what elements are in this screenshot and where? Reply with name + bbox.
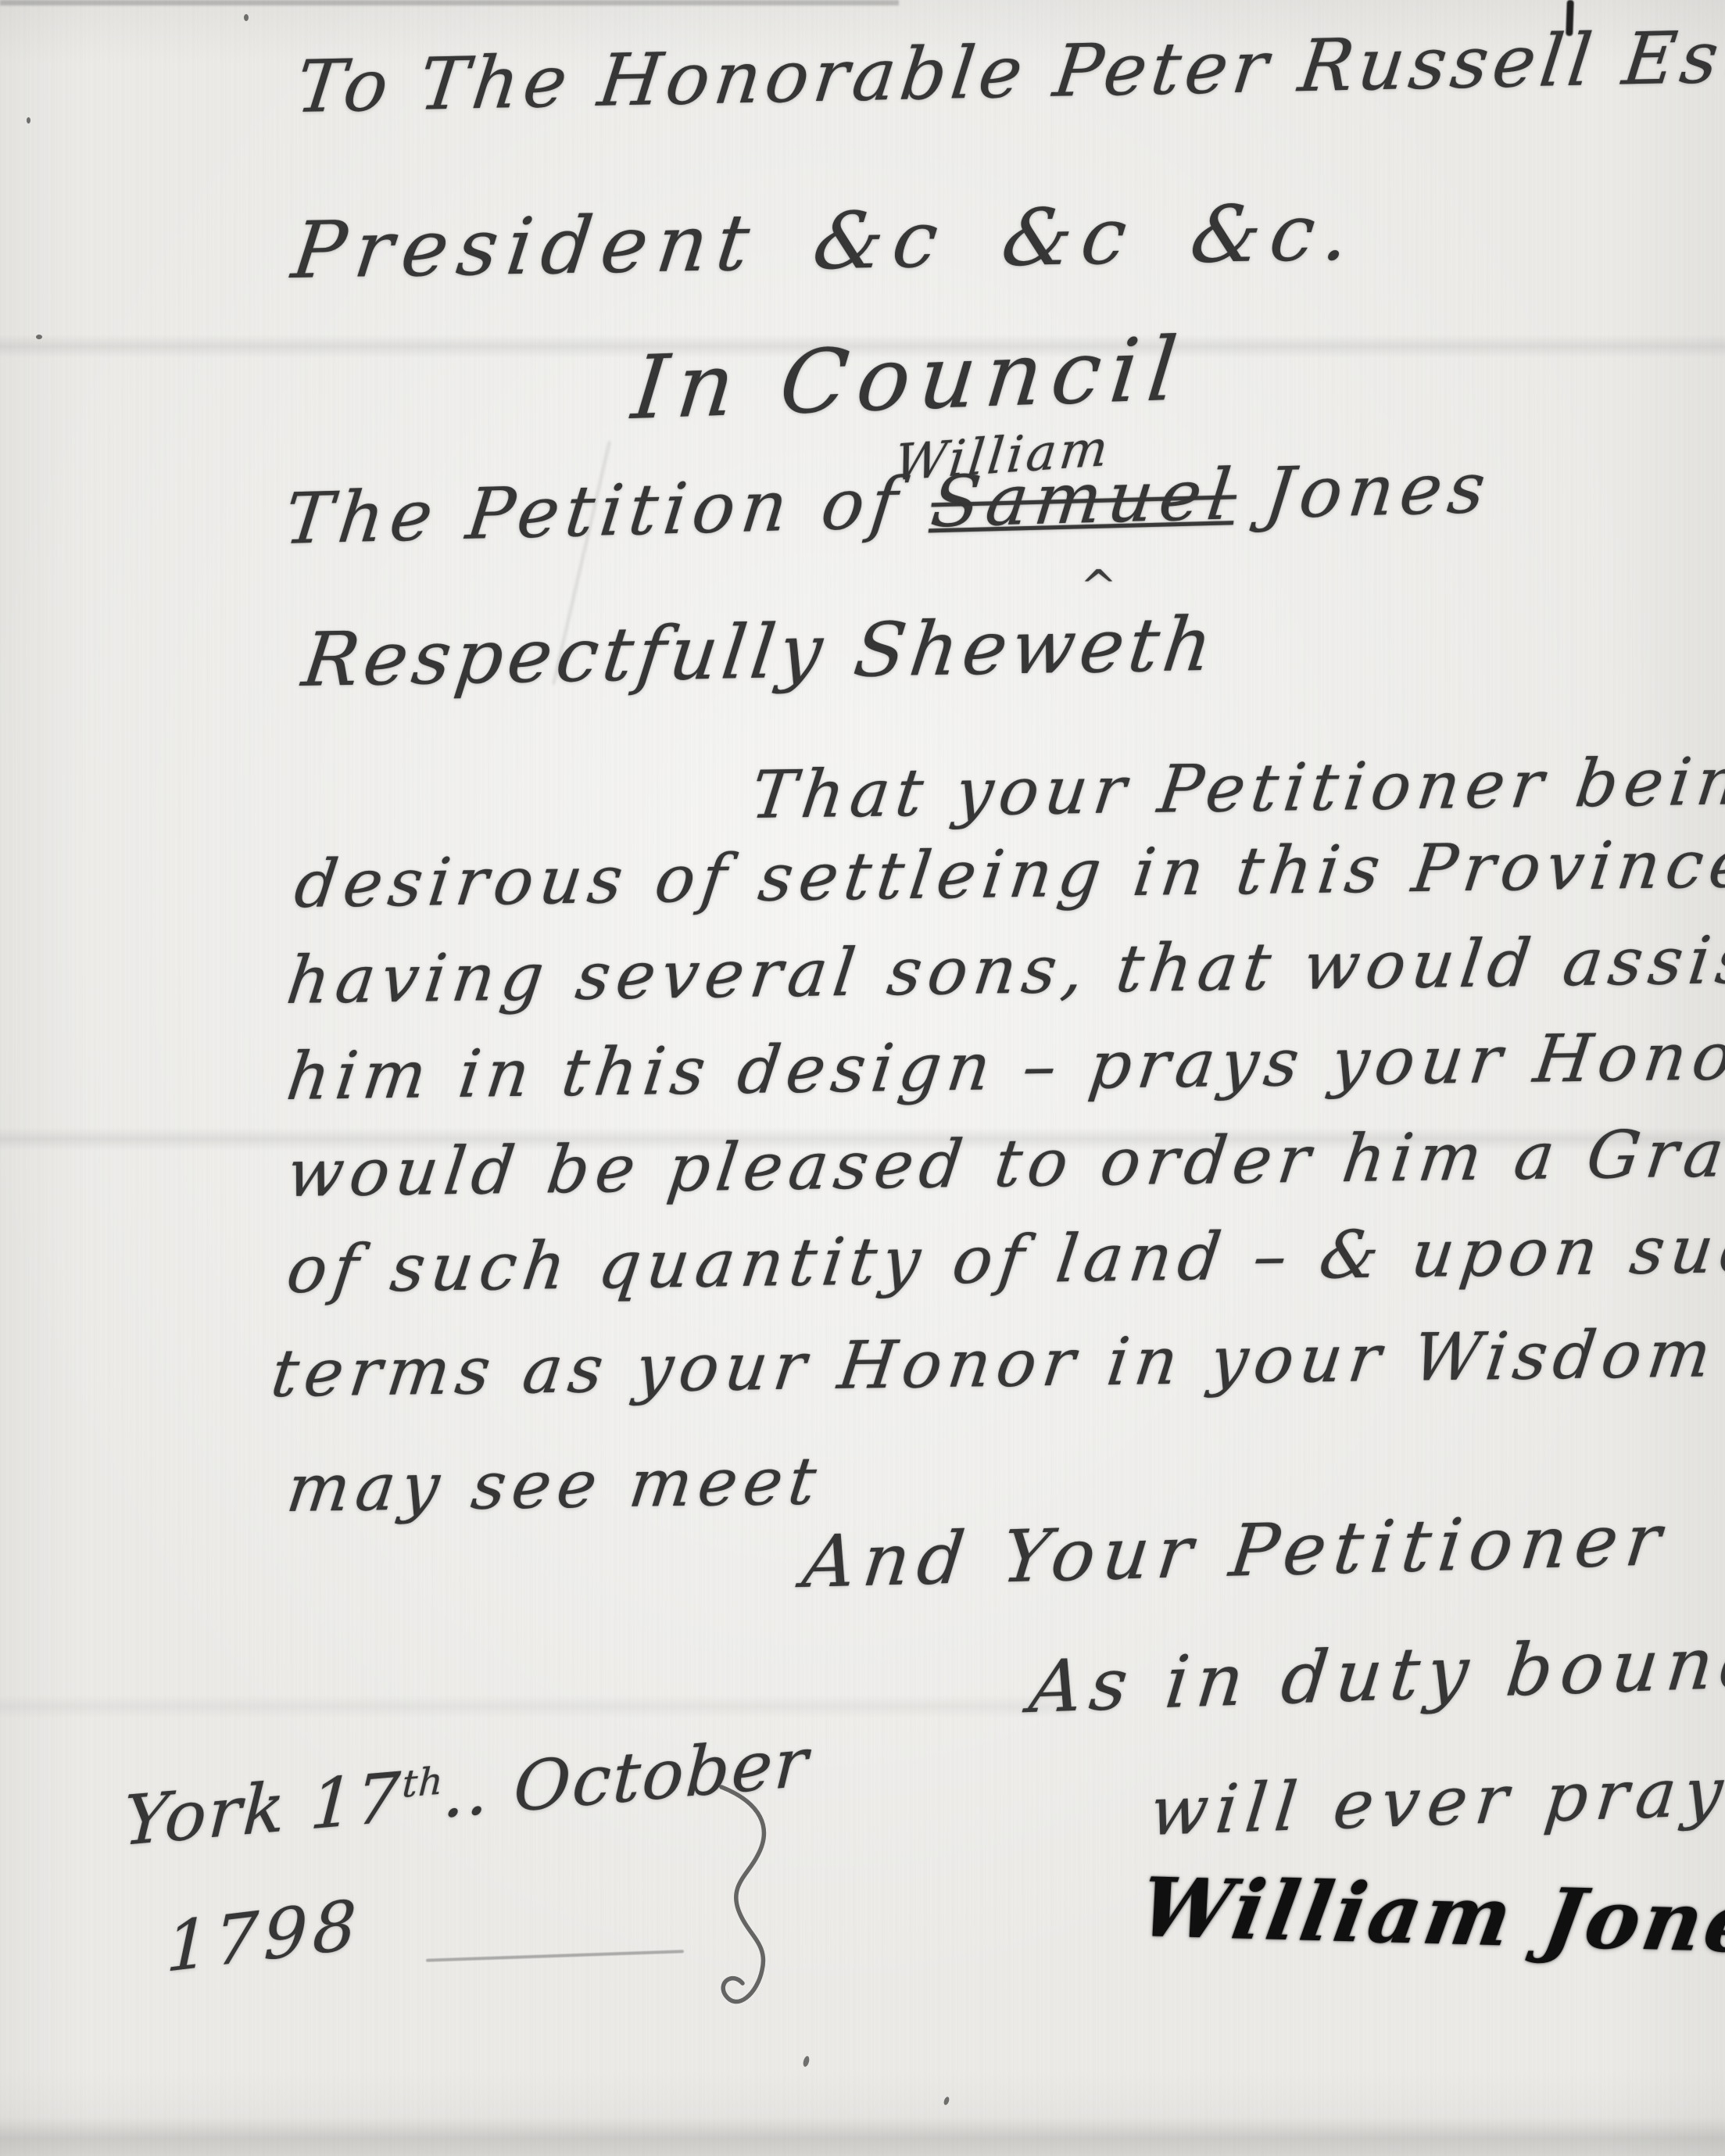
body-line: may see meet (283, 1442, 827, 1527)
ink-speck (943, 2096, 950, 2105)
dateline-brace-flourish (715, 1782, 789, 2017)
signature: William Jones (1133, 1859, 1725, 1972)
dateline-year: 1798 (165, 1884, 362, 1987)
body-line: desirous of settleing in this Province, … (291, 824, 1725, 922)
subheading: Respectfully Sheweth (298, 602, 1221, 704)
closing-line-1: And Your Petitioner (799, 1498, 1673, 1604)
petition-line: The Petition of Samuel Jones (281, 447, 1496, 560)
body-line: terms as your Honor in your Wisdom (267, 1315, 1722, 1412)
petition-surname: Jones (1261, 447, 1496, 535)
body-line: of such quantity of land – & upon such (283, 1210, 1725, 1308)
body-line: That your Petitioner being (747, 742, 1725, 833)
salutation-line-1: To The Honorable Peter Russell Esqr (292, 14, 1725, 129)
scan-edge-shadow-top (0, 0, 899, 5)
ink-speck (27, 117, 30, 124)
ink-speck (244, 14, 249, 21)
petition-prefix: The Petition of (281, 462, 907, 560)
scan-edge-shadow-bottom (0, 2117, 1725, 2156)
salutation-line-2: President &c &c &c. (288, 186, 1364, 296)
body-line: him in this design – prays your Honor (283, 1017, 1725, 1115)
manuscript-page: To The Honorable Peter Russell Esqr Pres… (0, 0, 1725, 2156)
ink-speck (802, 2055, 810, 2067)
dateline-underline (426, 1950, 684, 1962)
closing-line-3: will ever pray (1147, 1753, 1725, 1851)
body-line: having several sons, that would assist (283, 921, 1725, 1019)
dateline-place-day: York 17 (121, 1757, 403, 1861)
dateline: York 17th.. October (121, 1721, 811, 1861)
fold-crease-lower (0, 1695, 1069, 1718)
dateline-ordinal: th (401, 1760, 445, 1807)
ink-speck (36, 335, 42, 339)
closing-line-2: As in duty bound (1025, 1620, 1725, 1729)
